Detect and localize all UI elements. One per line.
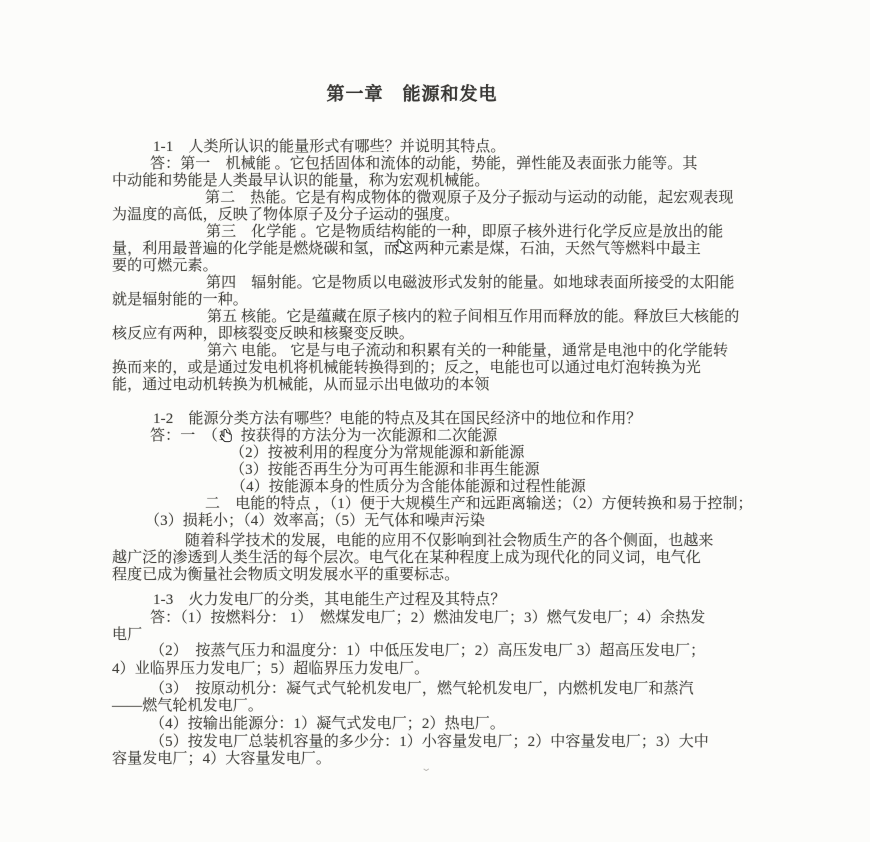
text-line: （4）按能源本身的性质分为含能体能源和过程性能源 xyxy=(231,479,586,495)
text-line: 答：第一 机械能 。它包括固体和流体的动能，势能，弹性能及表面张力能等。其 xyxy=(150,156,697,172)
text-line: 随着科学技术的发展，电能的应用不仅影响到社会物质生产的各个侧面，也越来 xyxy=(185,533,714,549)
chapter-title: 第一章 能源和发电 xyxy=(0,80,824,106)
text-line: 为温度的高低，反映了物体原子及分子运动的强度。 xyxy=(112,207,459,223)
text-line: 换而来的，或是通过发电机将机械能转换得到的；反之，电能也可以通过电灯泡转换为光 xyxy=(112,360,701,376)
text-line: ——燃气轮机发电厂。 xyxy=(112,698,263,714)
text-line: 二 电能的特点 ，（1）便于大规模生产和远距离输送；（2）方便转换和易于控制； xyxy=(205,496,753,512)
text-line: 4）业临界压力发电厂；5）超临界压力发电厂。 xyxy=(112,661,429,677)
text-line: （3） 按原动机分：凝气式气轮机发电厂，燃气轮机发电厂，内燃机发电厂和蒸汽 xyxy=(150,681,694,697)
text-line: 就是辐射能的一种。 xyxy=(112,292,248,308)
text-line: （5）按发电厂总装机容量的多少分：1）小容量发电厂；2）中容量发电厂；3）大中 xyxy=(150,734,709,750)
text-line: （2） 按蒸气压力和温度分：1）中低压发电厂；2）高压发电厂 3）超高压发电厂； xyxy=(150,643,705,659)
text-line: 量，利用最普遍的化学能是燃烧碳和氢，而这两种元素是煤，石油，天然气等燃料中最主 xyxy=(112,241,701,257)
text-line: 电厂 xyxy=(112,627,142,643)
text-line: 第五 核能。它是蕴藏在原子核内的粒子间相互作用而释放的能。释放巨大核能的 xyxy=(207,309,739,325)
text-line: 答：（1）按燃料分： 1） 燃煤发电厂；2）燃油发电厂；3）燃气发电厂；4）余热… xyxy=(150,610,705,626)
text-line: （4）按输出能源分：1）凝气式发电厂；2）热电厂。 xyxy=(150,716,505,732)
text-line: 1-3 火力发电厂的分类，其电能生产过程及其特点？ xyxy=(153,592,506,608)
scanned-text-layer: 第一章 能源和发电 1-1 人类所认识的能量形式有哪些？并说明其特点。 答：第一… xyxy=(0,0,870,842)
text-line: 要的可燃元素。 xyxy=(112,258,218,274)
text-line: （2）按被利用的程度分为常规能源和新能源 xyxy=(230,445,525,461)
scan-smudge-mark: ⌄ xyxy=(420,763,432,774)
text-line: （3）损耗小；（4）效率高；（5）无气体和噪声污染 xyxy=(145,513,485,529)
text-line: 容量发电厂；4）大容量发电厂。 xyxy=(112,751,331,767)
text-line: 核反应有两种，即核裂变反映和核聚变反映。 xyxy=(112,326,414,342)
text-line: 第四 辐射能。它是物质以电磁波形式发射的能量。如地球表面所接受的太阳能 xyxy=(206,275,735,291)
text-line: 第三 化学能 。它是物质结构能的一种，即原子核外进行化学反应是放出的能 xyxy=(206,224,723,240)
text-line: 程度已成为衡量社会物质文明发展水平的重要标志。 xyxy=(112,567,459,583)
text-line: 1-1 人类所认识的能量形式有哪些？并说明其特点。 xyxy=(153,139,506,155)
text-line: 越广泛的渗透到人类生活的每个层次。电气化在某种程度上成为现代化的同义词，电气化 xyxy=(112,550,701,566)
text-line: 中动能和势能是人类最早认识的能量，称为宏观机械能。 xyxy=(112,173,490,189)
text-line: 1-2 能源分类方法有哪些？电能的特点及其在国民经济中的地位和作用？ xyxy=(153,411,641,427)
text-line: 第二 热能。它是有构成物体的微观原子及分子振动与运动的动能，起宏观表现 xyxy=(205,190,734,206)
text-line: 第六 电能。 它是与电子流动和积累有关的一种能量，通常是电池中的化学能转 xyxy=(207,343,728,359)
text-line: 答：一 （1）按获得的方法分为一次能源和二次能源 xyxy=(150,428,497,444)
document-page: 第一章 能源和发电 1-1 人类所认识的能量形式有哪些？并说明其特点。 答：第一… xyxy=(0,0,870,842)
text-line: 能，通过电动机转换为机械能，从而显示出电做功的本领 xyxy=(112,377,490,393)
text-line: （3）按能否再生分为可再生能源和非再生能源 xyxy=(230,462,540,478)
